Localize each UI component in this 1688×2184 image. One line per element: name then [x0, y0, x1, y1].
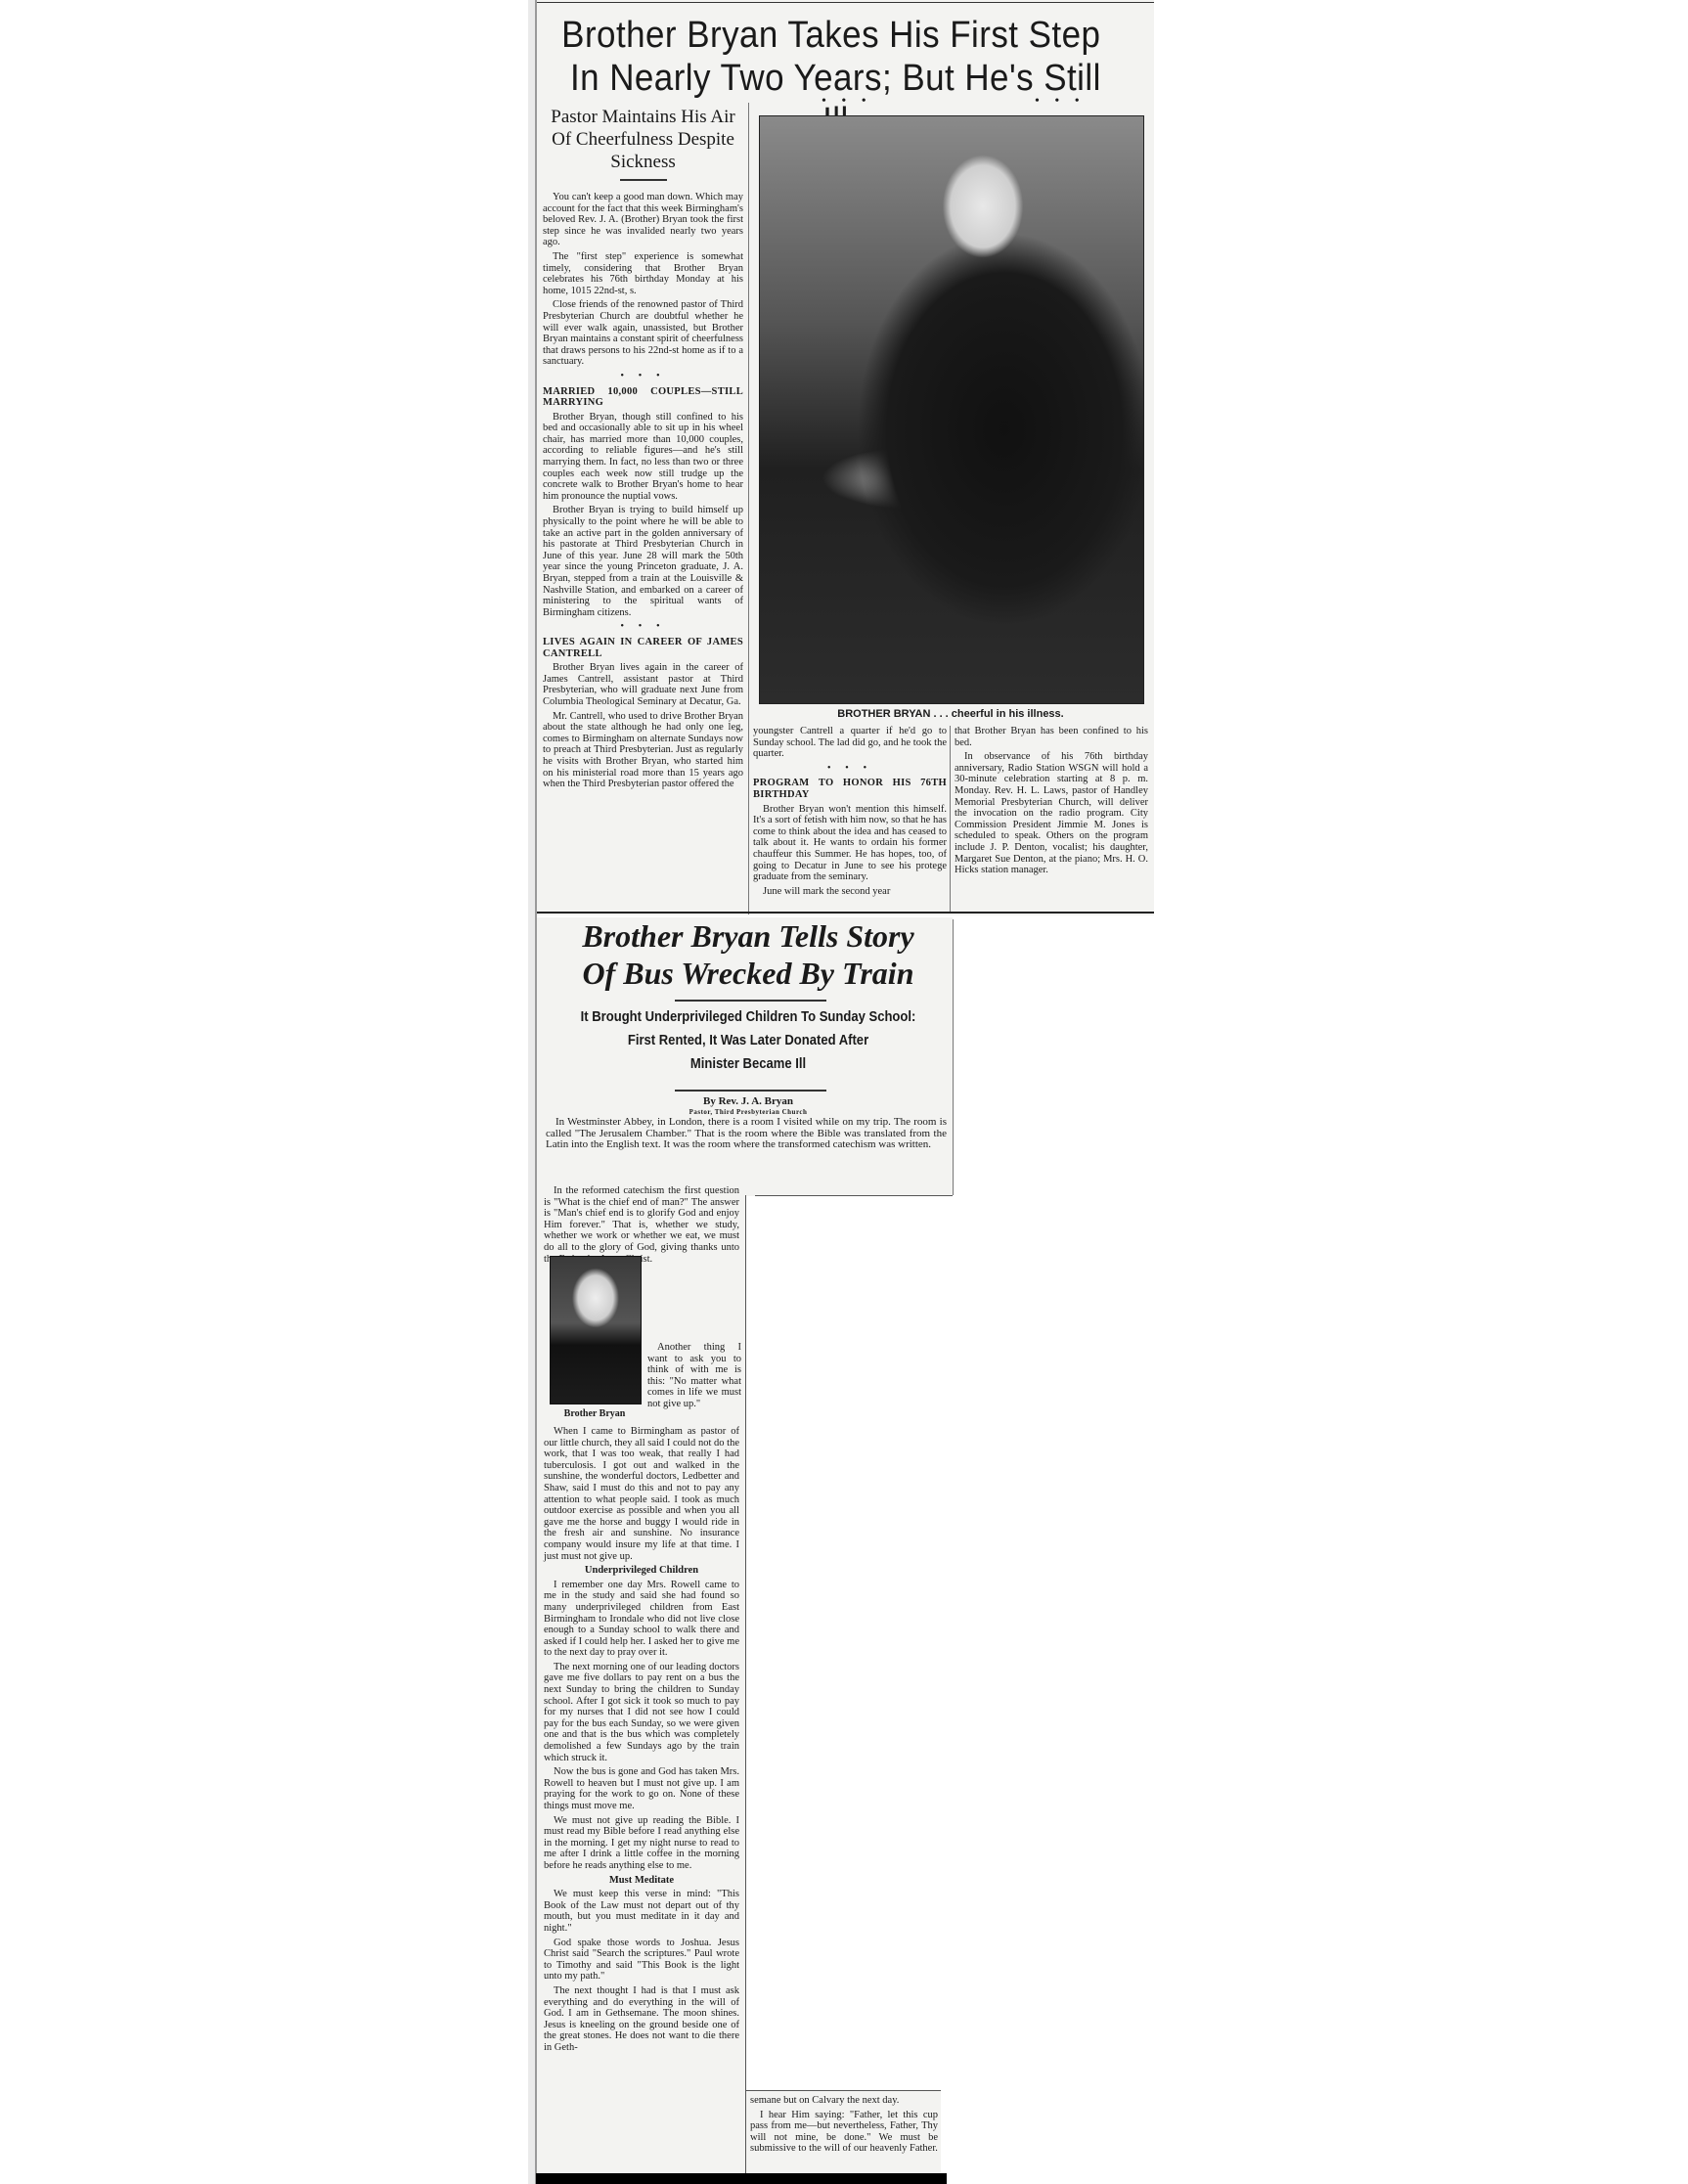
column-divider: [748, 103, 749, 914]
ornament-dots: • • •: [822, 94, 872, 110]
article-2-lead: In Westminster Abbey, in London, there i…: [546, 1117, 947, 1154]
byline-title: Pastor, Third Presbyterian Church: [543, 1108, 954, 1116]
article-1-column-3: that Brother Bryan has been confined to …: [955, 726, 1148, 879]
article-1-column-1: You can't keep a good man down. Which ma…: [543, 192, 743, 793]
scan-edge-bar: [536, 2173, 947, 2184]
article-1-column-2: youngster Cantrell a quarter if he'd go …: [753, 726, 947, 900]
photo-caption: BROTHER BRYAN . . . cheerful in his illn…: [759, 708, 1142, 720]
section-heading: LIVES AGAIN IN CAREER OF JAMES CANTRELL: [543, 637, 743, 659]
divider: [620, 179, 667, 181]
subhead-must-meditate: Must Meditate: [544, 1875, 739, 1887]
section-heading: PROGRAM TO HONOR HIS 76TH BIRTHDAY: [753, 778, 947, 800]
section-heading: MARRIED 10,000 COUPLES—STILL MARRYING: [543, 386, 743, 409]
clip-edge: [745, 1195, 746, 2173]
column-divider: [950, 726, 951, 912]
article-2-deck: It Brought Underprivileged Children To S…: [563, 1005, 933, 1076]
byline: By Rev. J. A. Bryan: [543, 1095, 954, 1107]
bottom-rule: [537, 912, 1154, 914]
portrait-caption: Brother Bryan: [546, 1408, 644, 1419]
article-2-column-1: When I came to Birmingham as pastor of o…: [544, 1426, 739, 2056]
brother-bryan-portrait: [550, 1256, 642, 1404]
article-2-headline: Brother Bryan Tells Story Of Bus Wrecked…: [543, 917, 954, 992]
article-2-column-2: semane but on Calvary the next day. I he…: [750, 2095, 938, 2158]
article-2-wrap-text: Another thing I want to ask you to think…: [647, 1342, 741, 1413]
clip-edge: [745, 2090, 941, 2091]
divider: [675, 1090, 826, 1092]
top-rule: [537, 2, 1154, 3]
clip-edge: [755, 1195, 953, 1196]
brother-bryan-wheelchair-photo: [759, 115, 1144, 704]
divider: [675, 1000, 826, 1002]
article-1-subhead: Pastor Maintains His Air Of Cheerfulness…: [543, 106, 743, 187]
ornament-dots: • • •: [1035, 94, 1086, 110]
subhead-underprivileged: Underprivileged Children: [544, 1565, 739, 1577]
